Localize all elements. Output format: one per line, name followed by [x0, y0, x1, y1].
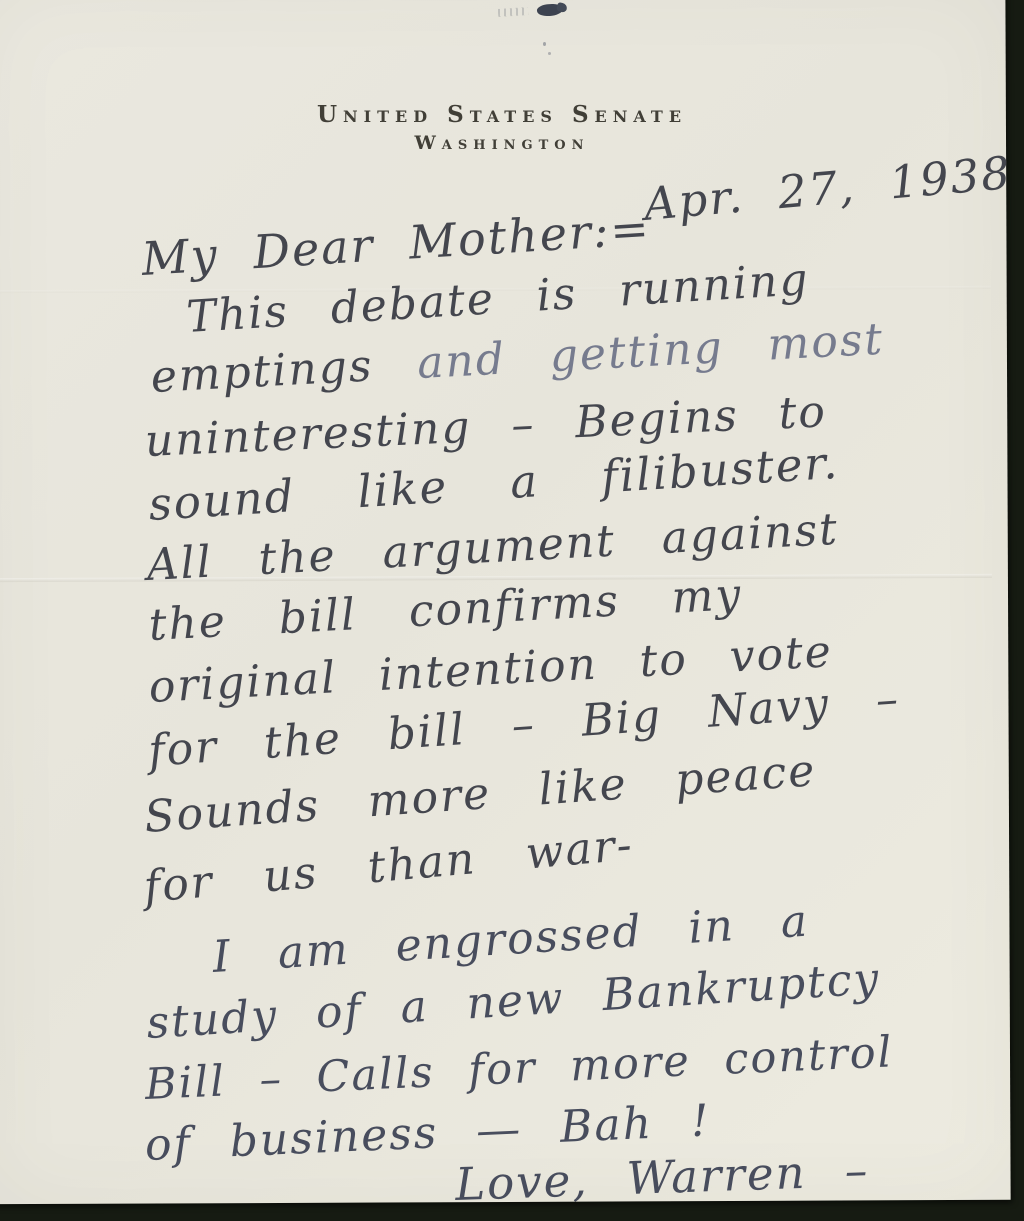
ink-smudge	[527, 2, 571, 18]
ink-speck	[543, 42, 546, 46]
signature-line: Love, Warren –	[454, 1148, 870, 1207]
letterhead-line-2: Washington	[0, 134, 1004, 153]
letterhead: United States Senate Washington	[0, 103, 1004, 153]
letterhead-line-1: United States Senate	[0, 103, 1004, 126]
ink-speck	[548, 52, 551, 55]
